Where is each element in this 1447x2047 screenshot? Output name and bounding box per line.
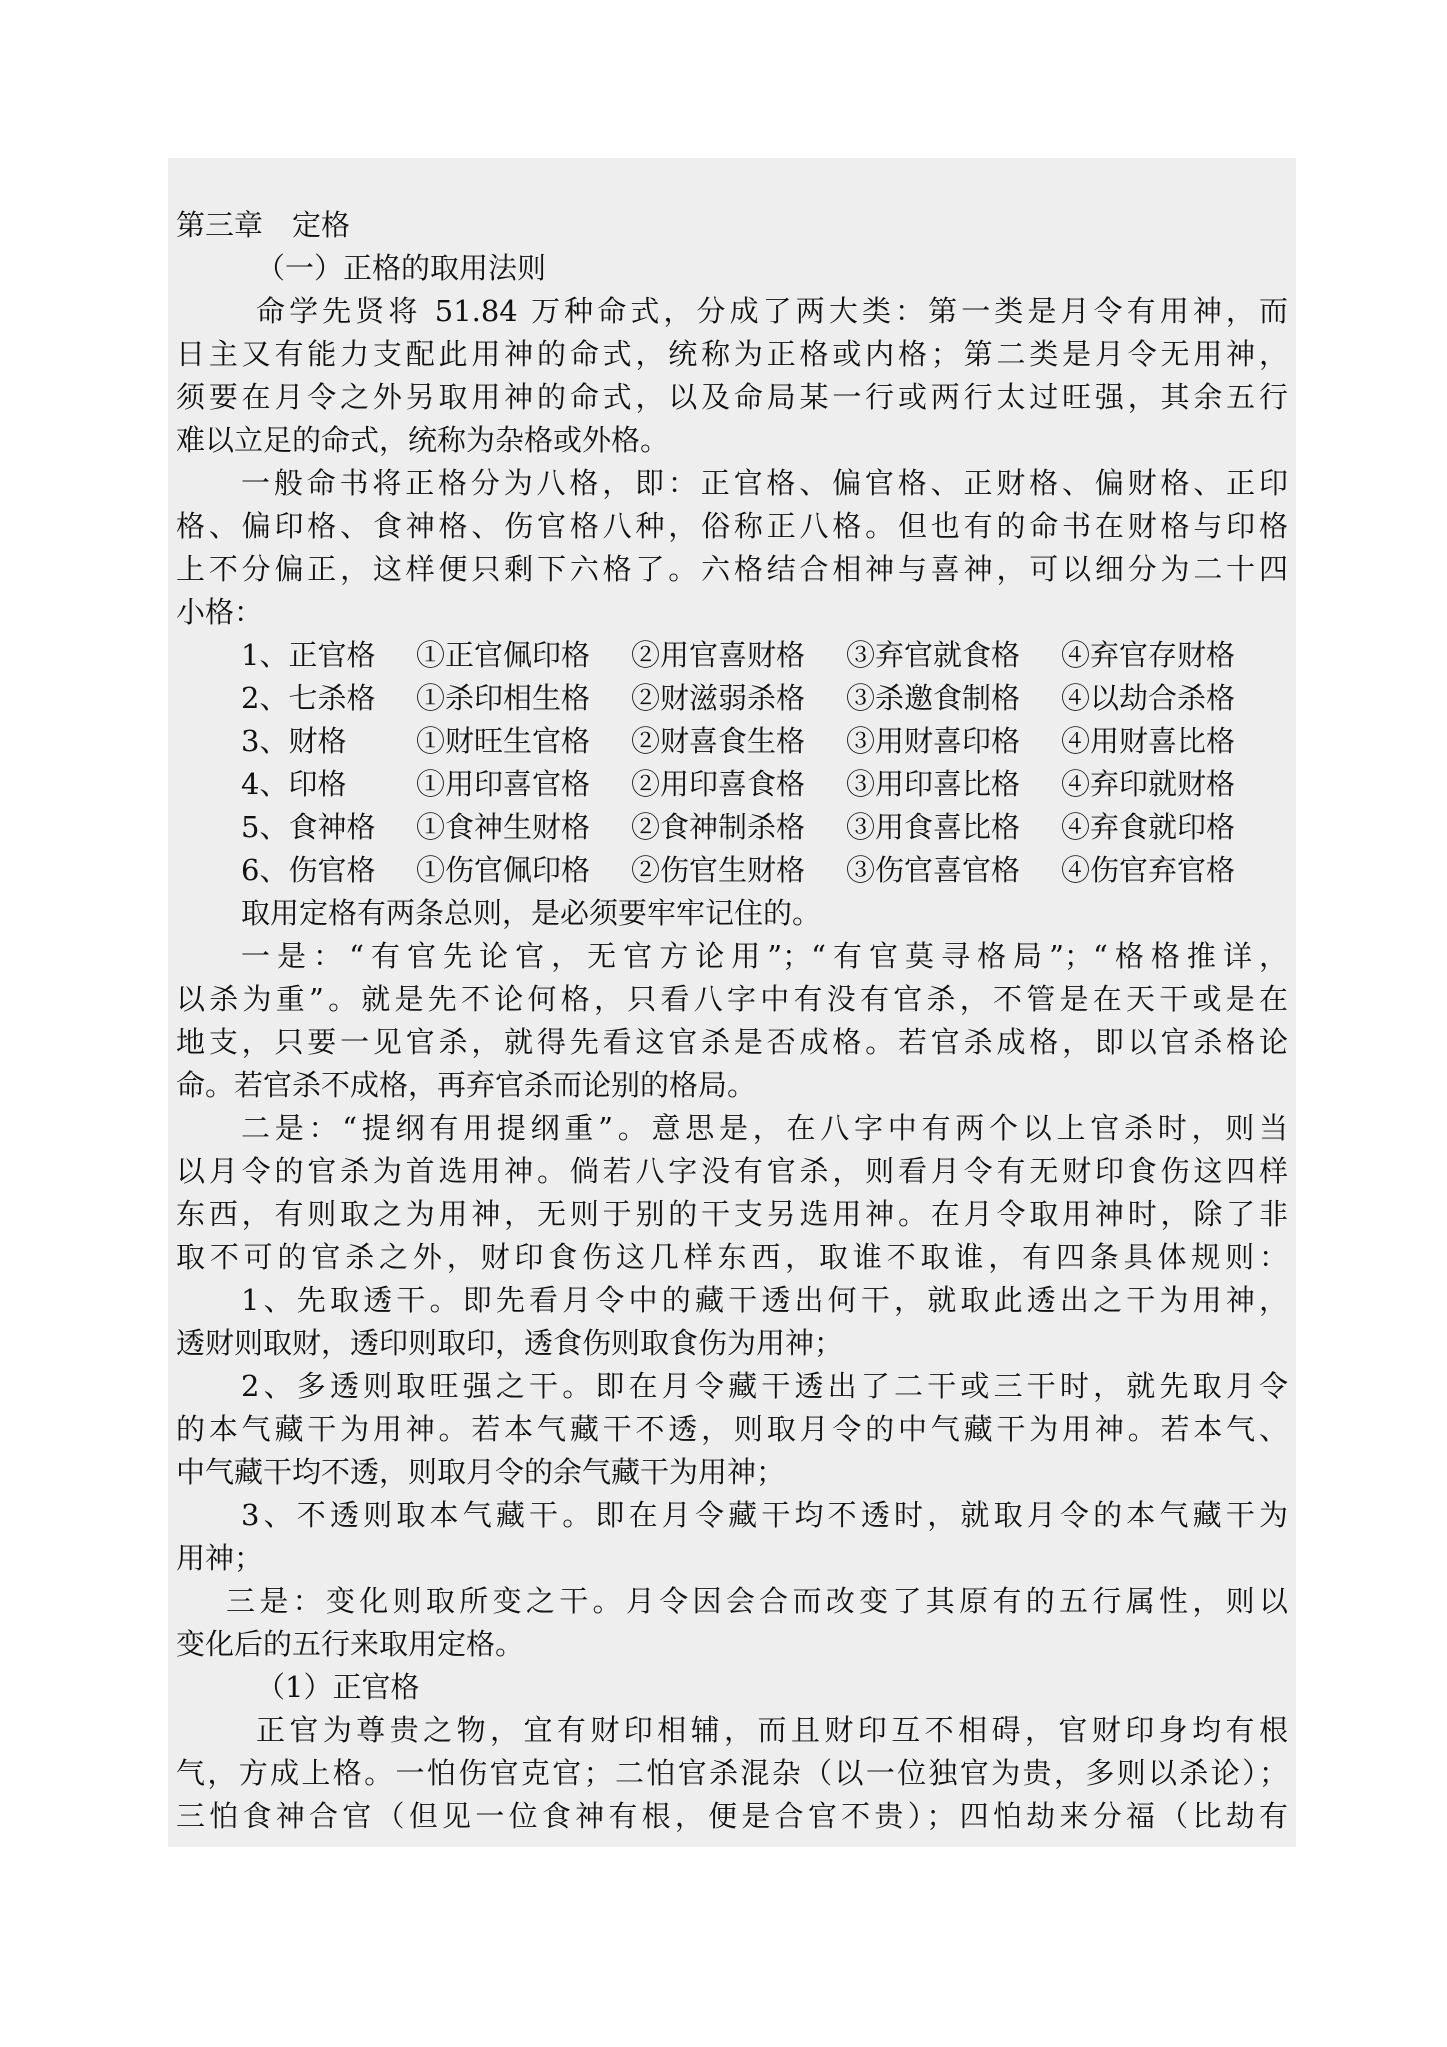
section-title: （一）正格的取用法则 [176,247,1288,290]
sub-pattern: ④伤官弃官格 [1061,849,1235,892]
text-line: 透财则取财，透印则取印，透食伤则取食伤为用神； [176,1322,1288,1365]
text-line: 须要在月令之外另取用神的命式，以及命局某一行或两行太过旺强，其余五行 [176,376,1288,419]
sub-pattern: ④弃食就印格 [1061,806,1235,849]
sub-pattern: ①杀印相生格 [416,677,631,720]
sub-pattern: ③用财喜印格 [846,720,1061,763]
sub-rule-2: 2、多透则取旺强之干。即在月令藏干透出了二干或三干时，就先取月令 的本气藏干为用… [176,1365,1288,1494]
sub-pattern: ③用印喜比格 [846,763,1061,806]
text-line: 气，方成上格。一怕伤官克官；二怕官杀混杂（以一位独官为贵，多则以杀论）； [176,1752,1288,1795]
sub-pattern: ①伤官佩印格 [416,849,631,892]
sub-pattern: ①财旺生官格 [416,720,631,763]
text-line: 以月令的官杀为首选用神。倘若八字没有官杀，则看月令有无财印食伤这四样 [176,1150,1288,1193]
sub-pattern: ②财滋弱杀格 [631,677,846,720]
pattern-row: 1、正官格 ①正官佩印格 ②用官喜财格 ③弃官就食格 ④弃官存财格 [176,634,1288,677]
sub-rule-1: 1、先取透干。即先看月令中的藏干透出何干，就取此透出之干为用神， 透财则取财，透… [176,1279,1288,1365]
document-page: 第三章 定格 （一）正格的取用法则 命学先贤将 51.84 万种命式，分成了两大… [168,158,1296,1847]
text-line: 一般命书将正格分为八格，即：正官格、偏官格、正财格、偏财格、正印 [176,462,1288,505]
text-line: 取不可的官杀之外，财印食伤这几样东西，取谁不取谁，有四条具体规则： [176,1236,1288,1279]
text-line: 格、偏印格、食神格、伤官格八种，俗称正八格。但也有的命书在财格与印格 [176,505,1288,548]
pattern-row: 5、食神格 ①食神生财格 ②食神制杀格 ③用食喜比格 ④弃食就印格 [176,806,1288,849]
text-line: 日主又有能力支配此用神的命式，统称为正格或内格；第二类是月令无用神， [176,333,1288,376]
text-line: 取用定格有两条总则，是必须要牢牢记住的。 [176,892,1288,935]
sub-heading: （1）正官格 [176,1666,1288,1709]
sub-pattern: ③伤官喜官格 [846,849,1061,892]
sub-pattern: ②用印喜食格 [631,763,846,806]
text-line: 难以立足的命式，统称为杂格或外格。 [176,419,1288,462]
paragraph-rule-one: 一是：“有官先论官，无官方论用”；“有官莫寻格局”；“格格推详， 以杀为重”。就… [176,935,1288,1107]
text-line: 2、多透则取旺强之干。即在月令藏干透出了二干或三干时，就先取月令 [176,1365,1288,1408]
sub-pattern: ③用食喜比格 [846,806,1061,849]
text-line: 以杀为重”。就是先不论何格，只看八字中有没有官杀，不管是在天干或是在 [176,978,1288,1021]
text-line: 三怕食神合官（但见一位食神有根，便是合官不贵）；四怕劫来分福（比劫有 [176,1795,1288,1838]
text-line: 正官为尊贵之物，宜有财印相辅，而且财印互不相碍，官财印身均有根 [176,1709,1288,1752]
document-body: 第三章 定格 （一）正格的取用法则 命学先贤将 51.84 万种命式，分成了两大… [176,204,1288,1838]
pattern-row: 2、七杀格 ①杀印相生格 ②财滋弱杀格 ③杀邀食制格 ④以劫合杀格 [176,677,1288,720]
text-line: 小格： [176,591,1288,634]
sub-pattern: ②伤官生财格 [631,849,846,892]
pattern-category: 2、七杀格 [241,677,416,720]
paragraph-rule-three: 三是：变化则取所变之干。月令因会合而改变了其原有的五行属性，则以 变化后的五行来… [176,1580,1288,1666]
sub-pattern: ④以劫合杀格 [1061,677,1235,720]
pattern-row: 4、印格 ①用印喜官格 ②用印喜食格 ③用印喜比格 ④弃印就财格 [176,763,1288,806]
paragraph-zhengguan: 正官为尊贵之物，宜有财印相辅，而且财印互不相碍，官财印身均有根 气，方成上格。一… [176,1709,1288,1838]
text-line: 一是：“有官先论官，无官方论用”；“有官莫寻格局”；“格格推详， [176,935,1288,978]
sub-pattern: ②财喜食生格 [631,720,846,763]
paragraph-rule-two: 二是：“提纲有用提纲重”。意思是，在八字中有两个以上官杀时，则当 以月令的官杀为… [176,1107,1288,1279]
pattern-category: 5、食神格 [241,806,416,849]
text-line: 中气藏干均不透，则取月令的余气藏干为用神； [176,1451,1288,1494]
sub-pattern: ①正官佩印格 [416,634,631,677]
pattern-category: 4、印格 [241,763,416,806]
sub-pattern: ③杀邀食制格 [846,677,1061,720]
paragraph-intro: 命学先贤将 51.84 万种命式，分成了两大类：第一类是月令有用神，而 日主又有… [176,290,1288,462]
sub-pattern: ①用印喜官格 [416,763,631,806]
pattern-category: 3、财格 [241,720,416,763]
text-line: 用神； [176,1537,1288,1580]
text-line: 二是：“提纲有用提纲重”。意思是，在八字中有两个以上官杀时，则当 [176,1107,1288,1150]
chapter-title: 第三章 定格 [176,204,1288,247]
pattern-row: 6、伤官格 ①伤官佩印格 ②伤官生财格 ③伤官喜官格 ④伤官弃官格 [176,849,1288,892]
paragraph-eight-patterns: 一般命书将正格分为八格，即：正官格、偏官格、正财格、偏财格、正印 格、偏印格、食… [176,462,1288,634]
sub-pattern: ②用官喜财格 [631,634,846,677]
sub-pattern: ④弃官存财格 [1061,634,1235,677]
text-line: 东西，有则取之为用神，无则于别的干支另选用神。在月令取用神时，除了非 [176,1193,1288,1236]
sub-pattern: ④用财喜比格 [1061,720,1235,763]
sub-pattern: ③弃官就食格 [846,634,1061,677]
pattern-category: 6、伤官格 [241,849,416,892]
pattern-row: 3、财格 ①财旺生官格 ②财喜食生格 ③用财喜印格 ④用财喜比格 [176,720,1288,763]
text-line: 命。若官杀不成格，再弃官杀而论别的格局。 [176,1064,1288,1107]
text-line: 变化后的五行来取用定格。 [176,1623,1288,1666]
text-line: 命学先贤将 51.84 万种命式，分成了两大类：第一类是月令有用神，而 [176,290,1288,333]
text-line: 地支，只要一见官杀，就得先看这官杀是否成格。若官杀成格，即以官杀格论 [176,1021,1288,1064]
sub-pattern: ④弃印就财格 [1061,763,1235,806]
text-line: 三是：变化则取所变之干。月令因会合而改变了其原有的五行属性，则以 [176,1580,1288,1623]
pattern-category: 1、正官格 [241,634,416,677]
text-line: 上不分偏正，这样便只剩下六格了。六格结合相神与喜神，可以细分为二十四 [176,548,1288,591]
text-line: 1、先取透干。即先看月令中的藏干透出何干，就取此透出之干为用神， [176,1279,1288,1322]
pattern-grid: 1、正官格 ①正官佩印格 ②用官喜财格 ③弃官就食格 ④弃官存财格 2、七杀格 … [176,634,1288,892]
sub-rule-3: 3、不透则取本气藏干。即在月令藏干均不透时，就取月令的本气藏干为 用神； [176,1494,1288,1580]
text-line: 的本气藏干为用神。若本气藏干不透，则取月令的中气藏干为用神。若本气、 [176,1408,1288,1451]
sub-pattern: ②食神制杀格 [631,806,846,849]
text-line: 3、不透则取本气藏干。即在月令藏干均不透时，就取月令的本气藏干为 [176,1494,1288,1537]
sub-pattern: ①食神生财格 [416,806,631,849]
